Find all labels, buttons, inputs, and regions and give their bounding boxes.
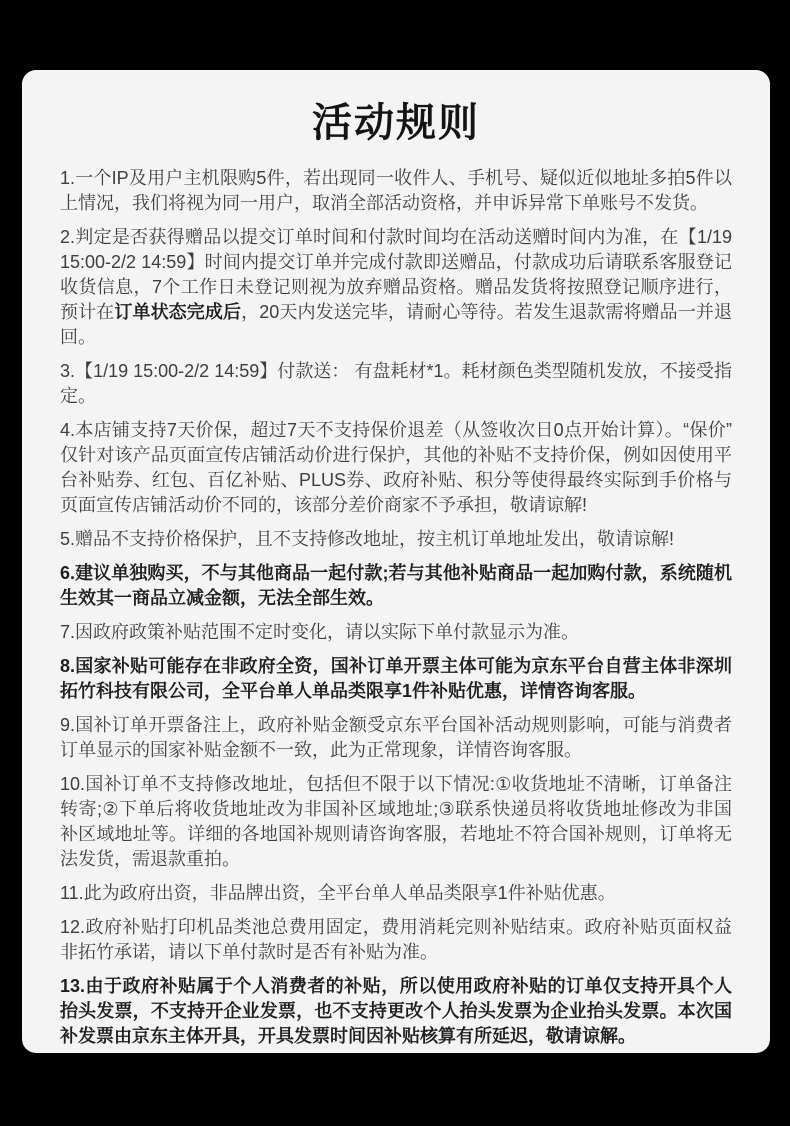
- rule-2-emphasis: 订单状态完成后: [114, 302, 241, 322]
- rule-paragraph-11: 11.此为政府出资，非品牌出资，全平台单人单品类限享1件补贴优惠。: [60, 881, 732, 906]
- rule-paragraph-13: 13.由于政府补贴属于个人消费者的补贴，所以使用政府补贴的订单仅支持开具个人抬头…: [60, 974, 732, 1049]
- rule-paragraph-5: 5.赠品不支持价格保护，且不支持修改地址，按主机订单地址发出，敬请谅解!: [60, 527, 732, 552]
- rule-paragraph-12: 12.政府补贴打印机品类池总费用固定，费用消耗完则补贴结束。政府补贴页面权益非拓…: [60, 915, 732, 965]
- rule-paragraph-3: 3.【1/19 15:00-2/2 14:59】付款送： 有盘耗材*1。耗材颜色…: [60, 359, 732, 409]
- rule-paragraph-8: 8.国家补贴可能存在非政府全资，国补订单开票主体可能为京东平台自营主体非深圳拓竹…: [60, 654, 732, 704]
- rule-paragraph-2: 2.判定是否获得赠品以提交订单时间和付款时间均在活动送赠时间内为准，在【1/19…: [60, 225, 732, 350]
- rule-paragraph-10: 10.国补订单不支持修改地址，包括但不限于以下情况:①收货地址不清晰，订单备注转…: [60, 772, 732, 872]
- rule-paragraph-6: 6.建议单独购买，不与其他商品一起付款;若与其他补贴商品一起加购付款，系统随机生…: [60, 561, 732, 611]
- rule-paragraph-1: 1.一个IP及用户主机限购5件，若出现同一收件人、手机号、疑似近似地址多拍5件以…: [60, 166, 732, 216]
- rule-paragraph-7: 7.因政府政策补贴范围不定时变化，请以实际下单付款显示为准。: [60, 620, 732, 645]
- page-title: 活动规则: [60, 100, 732, 146]
- activity-rules-card: 活动规则 1.一个IP及用户主机限购5件，若出现同一收件人、手机号、疑似近似地址…: [22, 70, 770, 1053]
- rule-paragraph-4: 4.本店铺支持7天价保，超过7天不支持保价退差（从签收次日0点开始计算）。“保价…: [60, 418, 732, 518]
- rule-paragraph-9: 9.国补订单开票备注上，政府补贴金额受京东平台国补活动规则影响，可能与消费者订单…: [60, 713, 732, 763]
